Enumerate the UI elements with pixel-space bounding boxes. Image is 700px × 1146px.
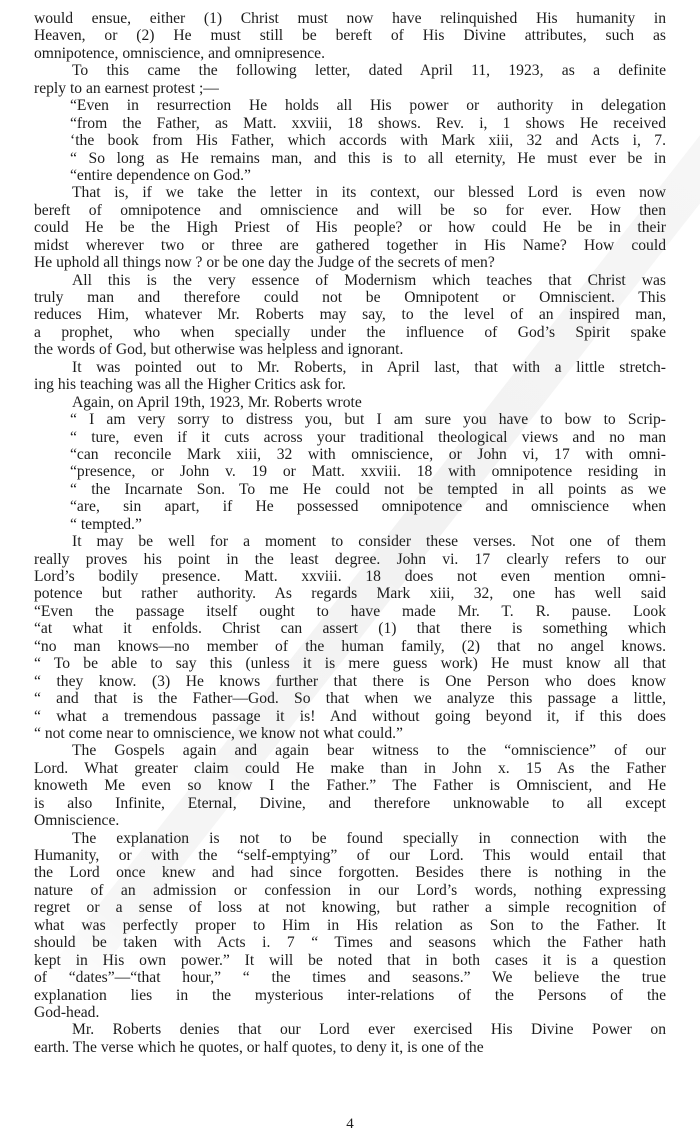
text-line: “ and that is the Father—God. So that wh… (34, 690, 666, 707)
text-line: “at what it enfolds. Christ can assert (… (34, 620, 666, 637)
text-line: really proves his point in the least deg… (34, 551, 666, 568)
text-line: “ they know. (3) He knows further that t… (34, 673, 666, 690)
page-number: 4 (0, 1116, 700, 1133)
text-line: reply to an earnest protest ;— (34, 80, 666, 97)
text-line: could He be the High Priest of His peopl… (34, 219, 666, 236)
text-line: Lord. What greater claim could He make t… (34, 760, 666, 777)
text-line: “entire dependence on God.” (52, 167, 666, 184)
text-line: Lord’s bodily presence. Matt. xxviii. 18… (34, 568, 666, 585)
document-page: would ensue, either (1) Christ must now … (34, 10, 666, 1056)
paragraph: It may be well for a moment to consider … (34, 533, 666, 742)
text-line: “are, sin apart, if He possessed omnipot… (52, 498, 666, 515)
text-line: The explanation is not to be found speci… (34, 830, 666, 847)
text-line: “can reconcile Mark xiii, 32 with omnisc… (52, 446, 666, 463)
text-line: That is, if we take the letter in its co… (34, 184, 666, 201)
text-line: ing his teaching was all the Higher Crit… (34, 376, 666, 393)
text-line: the Lord once knew and had since forgott… (34, 864, 666, 881)
text-line: “Even the passage itself ought to have m… (34, 603, 666, 620)
text-line: Mr. Roberts denies that our Lord ever ex… (34, 1021, 666, 1038)
text-line: knoweth Me even so know I the Father.” T… (34, 777, 666, 794)
text-line: “no man knows—no member of the human fam… (34, 638, 666, 655)
text-line: It was pointed out to Mr. Roberts, in Ap… (34, 359, 666, 376)
text-line: To this came the following letter, dated… (34, 62, 666, 79)
text-line: “ the Incarnate Son. To me He could not … (52, 481, 666, 498)
text-line: should be taken with Acts i. 7 “ Times a… (34, 934, 666, 951)
text-line: “ tempted.” (52, 516, 666, 533)
text-line: ‘the book from His Father, which accords… (52, 132, 666, 149)
text-line: “ not come near to omniscience, we know … (34, 725, 666, 742)
text-line: Humanity, or with the “self-emptying” of… (34, 847, 666, 864)
paragraph: It was pointed out to Mr. Roberts, in Ap… (34, 359, 666, 394)
text-line: Again, on April 19th, 1923, Mr. Roberts … (34, 394, 666, 411)
text-line: “ So long as He remains man, and this is… (52, 150, 666, 167)
paragraph: That is, if we take the letter in its co… (34, 184, 666, 271)
paragraph: To this came the following letter, dated… (34, 62, 666, 97)
text-line: “from the Father, as Matt. xxviii, 18 sh… (52, 115, 666, 132)
text-line: “ ture, even if it cuts across your trad… (52, 429, 666, 446)
text-line: the words of God, but otherwise was help… (34, 341, 666, 358)
text-line: “ I am very sorry to distress you, but I… (52, 411, 666, 428)
text-line: regret or a sense of loss at not knowing… (34, 899, 666, 916)
text-line: He uphold all things now ? or be one day… (34, 254, 666, 271)
text-line: of “dates”—“that hour,” “ the times and … (34, 969, 666, 986)
text-line: is also Infinite, Eternal, Divine, and t… (34, 795, 666, 812)
paragraph: Mr. Roberts denies that our Lord ever ex… (34, 1021, 666, 1056)
text-line: omnipotence, omniscience, and omnipresen… (34, 45, 666, 62)
text-line: It may be well for a moment to consider … (34, 533, 666, 550)
text-line: earth. The verse which he quotes, or hal… (34, 1039, 666, 1056)
text-line: midst wherever two or three are gathered… (34, 237, 666, 254)
paragraph: would ensue, either (1) Christ must now … (34, 10, 666, 62)
text-line: God-head. (34, 1004, 666, 1021)
paragraph: The explanation is not to be found speci… (34, 830, 666, 1022)
paragraph: Again, on April 19th, 1923, Mr. Roberts … (34, 394, 666, 411)
text-line: All this is the very essence of Modernis… (34, 272, 666, 289)
paragraph: The Gospels again and again bear witness… (34, 742, 666, 829)
text-line: bereft of omnipotence and omniscience an… (34, 202, 666, 219)
quotation-block: “Even in resurrection He holds all His p… (34, 97, 666, 184)
text-line: nature of an admission or confession in … (34, 882, 666, 899)
text-line: reduces Him, whatever Mr. Roberts may sa… (34, 306, 666, 323)
text-line: Omniscience. (34, 812, 666, 829)
text-line: would ensue, either (1) Christ must now … (34, 10, 666, 27)
text-line: a prophet, who when specially under the … (34, 324, 666, 341)
text-line: The Gospels again and again bear witness… (34, 742, 666, 759)
text-line: what was perfectly proper to Him in His … (34, 917, 666, 934)
quotation-block: “ I am very sorry to distress you, but I… (34, 411, 666, 533)
paragraph: All this is the very essence of Modernis… (34, 272, 666, 359)
text-line: kept in His own power.” It will be noted… (34, 952, 666, 969)
text-line: truly man and therefore could not be Omn… (34, 289, 666, 306)
text-line: “ what a tremendous passage it is! And w… (34, 708, 666, 725)
text-line: explanation lies in the mysterious inter… (34, 987, 666, 1004)
text-line: “ To be able to say this (unless it is m… (34, 655, 666, 672)
text-line: “presence, or John v. 19 or Matt. xxviii… (52, 463, 666, 480)
text-line: “Even in resurrection He holds all His p… (52, 97, 666, 114)
text-line: potence but rather authority. As regards… (34, 585, 666, 602)
text-line: Heaven, or (2) He must still be bereft o… (34, 27, 666, 44)
